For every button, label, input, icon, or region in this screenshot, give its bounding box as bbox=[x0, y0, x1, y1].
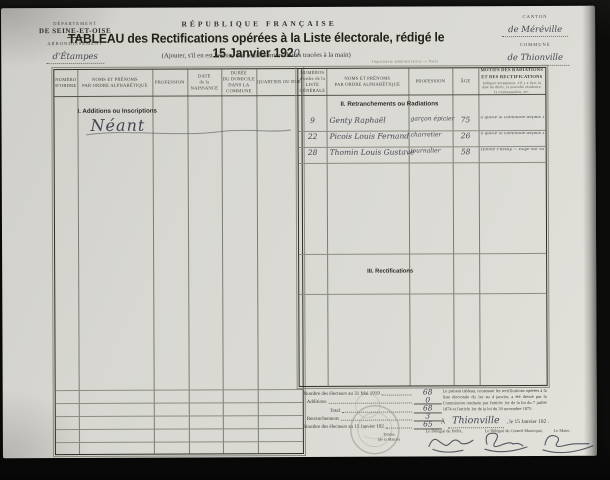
row-number: 9 bbox=[298, 117, 326, 125]
row-number: 22 bbox=[299, 133, 327, 141]
ruled-line bbox=[299, 293, 546, 295]
additions-table: NUMÉRO D'ORDRE NOMS ET PRÉNOMS PAR ORDRE… bbox=[53, 68, 304, 455]
row-name: Picois Louis Fernand bbox=[330, 132, 414, 140]
summary-label: Total bbox=[304, 408, 340, 413]
col-header-duree: DURÉE DU DOMICILE DANS LA COMMUNE bbox=[221, 69, 256, 95]
col-header-numeros: NUMÉROS d'ordre de la LISTE GÉNÉRALE bbox=[298, 69, 326, 95]
row-profession: charretier bbox=[411, 132, 453, 138]
ruled-line bbox=[56, 389, 303, 391]
printer-imprint-line: Imprimerie administrative — Paris bbox=[329, 59, 481, 64]
signatures-icon bbox=[421, 430, 597, 455]
col-header-profession: PROFESSION bbox=[152, 69, 187, 95]
row-age: 26 bbox=[453, 132, 479, 140]
summary-label: Additions bbox=[304, 400, 327, 405]
republique-heading: RÉPUBLIQUE FRANÇAISE bbox=[89, 18, 429, 28]
place-handwritten: Thionville bbox=[448, 416, 503, 428]
retranchements-table: NUMÉROS d'ordre de la LISTE GÉNÉRALE NOM… bbox=[297, 67, 547, 387]
document-sheet: RÉPUBLIQUE FRANÇAISE DÉPARTEMENT DE SEIN… bbox=[1, 6, 597, 459]
mairie-stamp-icon bbox=[338, 392, 418, 454]
ruled-line bbox=[56, 441, 303, 443]
col-header-numero: NUMÉRO D'ORDRE bbox=[54, 70, 77, 96]
col-header-noms: NOMS ET PRÉNOMS PAR ORDRE ALPHABÉTIQUE bbox=[326, 69, 408, 95]
stamp-caption: Timbre (de la Mairie) bbox=[367, 432, 411, 442]
section-retranchements-title: II. Retranchements ou Radiations bbox=[326, 100, 452, 108]
commune-label: COMMUNE bbox=[477, 42, 593, 48]
section-additions-title: I. Additions ou Inscriptions bbox=[77, 108, 152, 115]
signature-conseil-icon bbox=[486, 433, 523, 447]
scanner-background: RÉPUBLIQUE FRANÇAISE DÉPARTEMENT DE SEIN… bbox=[0, 0, 610, 480]
table-row: 22 Picois Louis Fernand charretier 26 a … bbox=[299, 132, 546, 146]
summary-label: Retranchements bbox=[304, 417, 339, 422]
motifs-fine-print: Indiquer notamment, s'il y a lieu, la da… bbox=[478, 81, 545, 95]
departement-label: DÉPARTEMENT bbox=[29, 21, 121, 26]
table-row: 9 Genty Raphaël garçon épicier 75 a quit… bbox=[298, 116, 545, 130]
row-age: 75 bbox=[452, 116, 478, 124]
row-profession: garçon épicier bbox=[410, 116, 452, 122]
page-fold-shadow bbox=[582, 6, 597, 456]
ruled-line bbox=[56, 428, 303, 430]
ruled-line bbox=[56, 415, 303, 417]
signature-prefet-icon bbox=[429, 439, 473, 446]
row-motif: Habite Pussay — Rayé sur sa demande bbox=[481, 148, 545, 153]
place-prefix: À bbox=[441, 419, 445, 425]
col-header-profession: PROFESSION bbox=[408, 68, 452, 94]
row-name: Thomin Louis Gustave bbox=[330, 148, 414, 156]
date-printed: , le 15 Janvier 192 . bbox=[507, 419, 549, 425]
canton-value: de Méréville bbox=[502, 26, 568, 38]
signature-maire-icon bbox=[545, 435, 589, 446]
row-motif: a quitté la commune depuis 1 an 1/2 bbox=[481, 132, 545, 137]
canton-label: CANTON bbox=[477, 14, 593, 20]
ruled-line bbox=[56, 402, 303, 404]
row-age: 58 bbox=[453, 148, 479, 156]
column-divider bbox=[77, 70, 80, 454]
col-header-motifs: MOTIFS DES RADIATIONS ET DES RECTIFICATI… bbox=[478, 68, 545, 94]
ruled-line bbox=[299, 253, 546, 255]
table-row: 28 Thomin Louis Gustave journalier 58 Ha… bbox=[299, 148, 546, 162]
row-number: 28 bbox=[299, 149, 327, 157]
section-rectifications-title: III. Rectifications bbox=[327, 268, 453, 275]
attestation-paragraph: Le présent tableau, contenant les rectif… bbox=[443, 388, 547, 413]
commune-value: de Thionville bbox=[501, 54, 569, 66]
canton-commune-block: CANTON de Méréville COMMUNE de Thionvill… bbox=[477, 14, 593, 66]
row-name: Genty Raphaël bbox=[329, 116, 413, 124]
col-header-age: ÂGE bbox=[452, 68, 478, 94]
place-date-line: À Thionville , le 15 Janvier 192 . bbox=[441, 416, 571, 428]
row-motif: a quitté la commune depuis 1 an bbox=[480, 116, 544, 121]
col-header-noms: NOMS ET PRÉNOMS PAR ORDRE ALPHABÉTIQUE bbox=[77, 70, 152, 96]
motifs-title: MOTIFS DES RADIATIONS ET DES RECTIFICATI… bbox=[480, 67, 543, 80]
row-profession: journalier bbox=[411, 148, 453, 154]
row-rule bbox=[299, 162, 546, 164]
col-header-quartier: QUARTIER OU RUE bbox=[256, 69, 301, 95]
col-header-date: DATE de la NAISSANCE bbox=[187, 69, 221, 95]
neant-flourish-stroke-icon bbox=[83, 125, 295, 140]
